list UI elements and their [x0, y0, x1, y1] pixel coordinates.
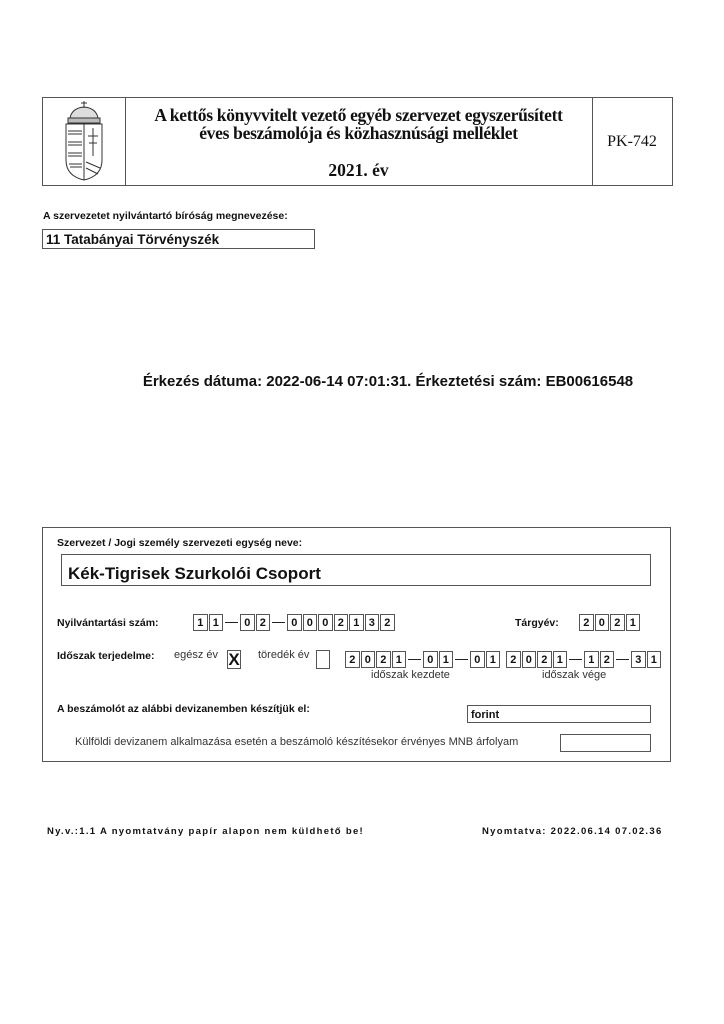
org-name-field[interactable]: Kék-Tigrisek Szurkolói Csoport	[61, 554, 651, 586]
digit-box: 1	[486, 651, 501, 668]
emblem-cell	[43, 98, 126, 185]
registration-label: Nyilvántartási szám:	[57, 617, 159, 629]
digit-box: 2	[334, 614, 349, 631]
court-field[interactable]: 11 Tatabányai Törvényszék	[42, 229, 315, 249]
digit-box: 1	[209, 614, 224, 631]
separator-dash	[569, 659, 582, 661]
partial-year-label: töredék év	[258, 649, 309, 661]
separator-dash	[272, 622, 285, 624]
org-name-label: Szervezet / Jogi személy szervezeti egys…	[57, 537, 302, 549]
digit-box: 1	[553, 651, 568, 668]
digit-box: 0	[318, 614, 333, 631]
digit-box: 0	[522, 651, 537, 668]
separator-dash	[225, 622, 238, 624]
digit-box: 0	[361, 651, 376, 668]
subject-year-field[interactable]: 2021	[579, 614, 641, 631]
print-timestamp: Nyomtatva: 2022.06.14 07.02.36	[482, 826, 663, 837]
court-label: A szervezetet nyilvántartó bíróság megne…	[43, 210, 288, 222]
digit-box: 1	[647, 651, 662, 668]
subject-year-label: Tárgyév:	[515, 617, 559, 629]
digit-box: 1	[392, 651, 407, 668]
form-title: A kettős könyvvitelt vezető egyéb szerve…	[125, 98, 593, 185]
digit-box: 2	[345, 651, 360, 668]
digit-box: 2	[376, 651, 391, 668]
currency-label: A beszámolót az alábbi devizanemben kész…	[57, 703, 310, 715]
currency-field[interactable]: forint	[467, 705, 651, 723]
partial-year-checkbox[interactable]	[316, 650, 330, 669]
registration-number-field[interactable]: 11020002132	[193, 614, 396, 631]
fx-rate-field[interactable]	[560, 734, 651, 752]
period-start-field[interactable]: 20210101	[345, 651, 501, 668]
digit-box: 1	[193, 614, 208, 631]
title-line-2: éves beszámolója és közhasznúsági mellék…	[125, 124, 592, 142]
digit-box: 1	[584, 651, 599, 668]
full-year-checkbox[interactable]: X	[227, 650, 241, 669]
arrival-info: Érkezés dátuma: 2022-06-14 07:01:31. Érk…	[0, 373, 724, 390]
digit-box: 1	[626, 614, 641, 631]
separator-dash	[616, 659, 629, 661]
fx-rate-label: Külföldi devizanem alkalmazása esetén a …	[75, 736, 518, 748]
digit-box: 2	[256, 614, 271, 631]
hungarian-coat-of-arms-icon	[43, 98, 125, 185]
period-label: Időszak terjedelme:	[57, 650, 154, 662]
digit-box: 3	[631, 651, 646, 668]
digit-box: 2	[579, 614, 594, 631]
digit-box: 2	[380, 614, 395, 631]
digit-box: 2	[537, 651, 552, 668]
digit-box: 0	[595, 614, 610, 631]
period-start-label: időszak kezdete	[371, 669, 450, 681]
digit-box: 1	[439, 651, 454, 668]
digit-box: 0	[423, 651, 438, 668]
digit-box: 1	[349, 614, 364, 631]
separator-dash	[455, 659, 468, 661]
separator-dash	[408, 659, 421, 661]
form-version-notice: Ny.v.:1.1 A nyomtatvány papír alapon nem…	[47, 826, 364, 837]
title-line-1: A kettős könyvvitelt vezető egyéb szerve…	[125, 106, 592, 124]
form-header: A kettős könyvvitelt vezető egyéb szerve…	[42, 97, 673, 186]
digit-box: 0	[287, 614, 302, 631]
digit-box: 2	[506, 651, 521, 668]
form-year: 2021. év	[125, 161, 592, 179]
digit-box: 0	[470, 651, 485, 668]
period-end-label: időszak vége	[542, 669, 606, 681]
digit-box: 2	[600, 651, 615, 668]
digit-box: 3	[365, 614, 380, 631]
digit-box: 2	[610, 614, 625, 631]
digit-box: 0	[240, 614, 255, 631]
full-year-label: egész év	[174, 649, 218, 661]
period-end-field[interactable]: 20211231	[506, 651, 662, 668]
form-code: PK-742	[592, 98, 672, 185]
digit-box: 0	[303, 614, 318, 631]
